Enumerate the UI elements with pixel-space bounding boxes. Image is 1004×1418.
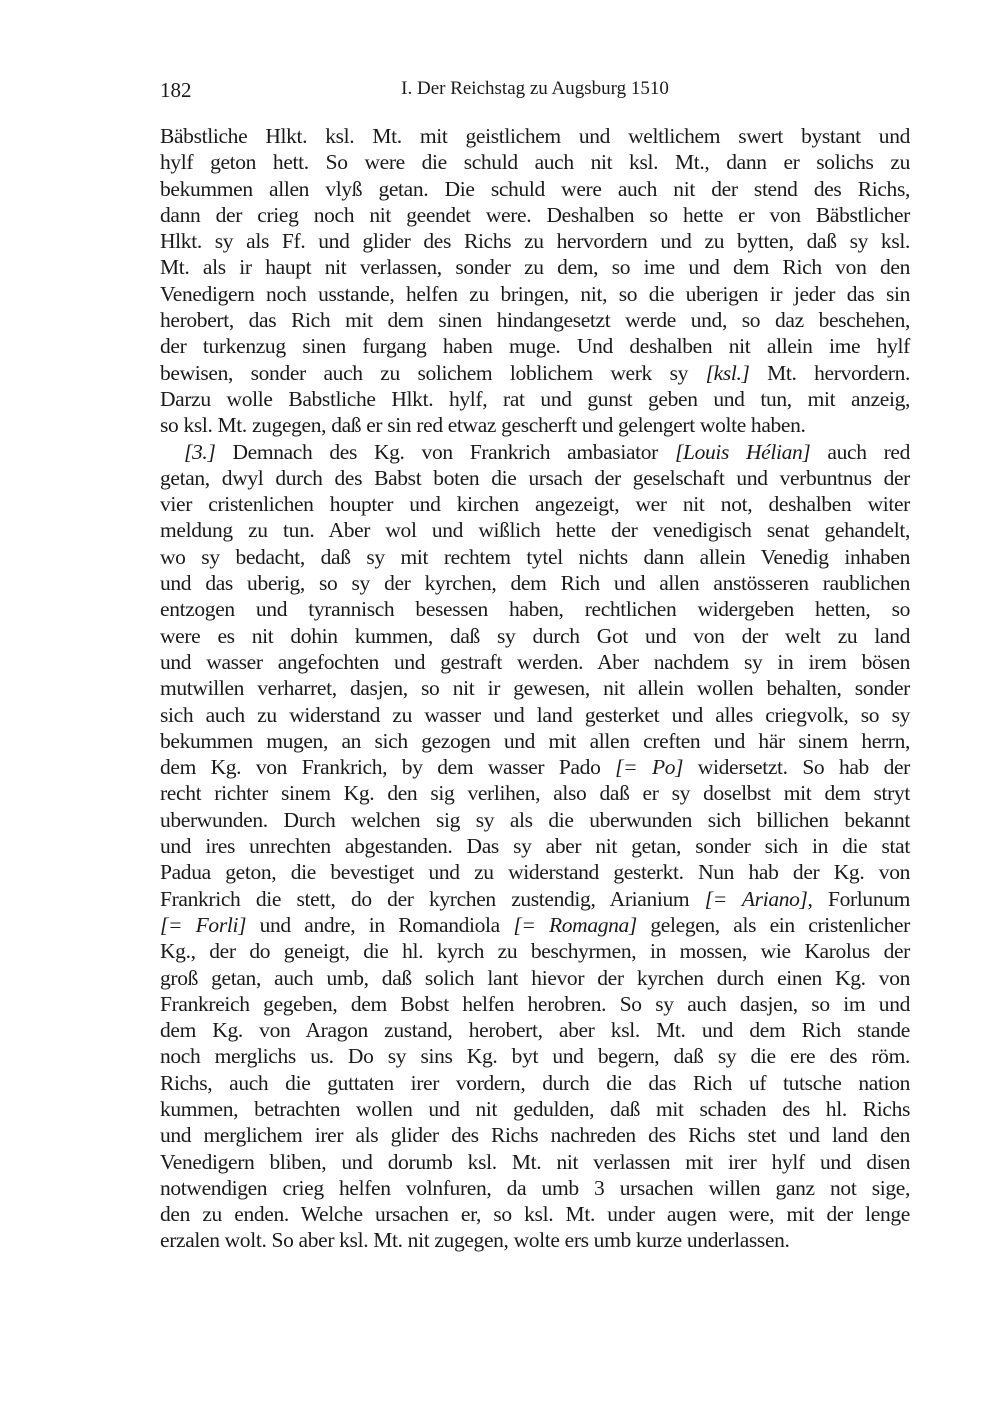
text-line: noch merglichs us. Do sy sins Kg. byt un… bbox=[160, 1043, 910, 1069]
text-segment: notwendigen crieg helfen volnfuren, da u… bbox=[160, 1176, 910, 1200]
text-line: dann der crieg noch nit geendet were. De… bbox=[160, 202, 910, 228]
text-line: den zu enden. Welche ursachen er, so ksl… bbox=[160, 1201, 910, 1227]
editorial-note: [= Romagna] bbox=[513, 913, 637, 937]
text-line: Richs, auch die guttaten irer vordern, d… bbox=[160, 1070, 910, 1096]
text-segment: den zu enden. Welche ursachen er, so ksl… bbox=[160, 1202, 910, 1226]
page-header: 182 I. Der Reichstag zu Augsburg 1510 bbox=[160, 78, 910, 114]
text-line: mutwillen verharret, dasjen, so nit ir g… bbox=[160, 675, 910, 701]
text-line: erzalen wolt. So aber ksl. Mt. nit zugeg… bbox=[160, 1227, 910, 1253]
text-segment: recht richter sinem Kg. den sig verlihen… bbox=[160, 781, 910, 805]
text-line: wo sy bedacht, daß sy mit rechtem tytel … bbox=[160, 544, 910, 570]
text-line: were es nit dohin kummen, daß sy durch G… bbox=[160, 623, 910, 649]
text-segment: so ksl. Mt. zugegen, daß er sin red etwa… bbox=[160, 413, 806, 437]
document-page: 182 I. Der Reichstag zu Augsburg 1510 Bä… bbox=[160, 78, 910, 1254]
text-line: der turkenzug sinen furgang haben muge. … bbox=[160, 333, 910, 359]
text-segment: und merglichem irer als glider des Richs… bbox=[160, 1123, 910, 1147]
editorial-note: [= Po] bbox=[615, 755, 683, 779]
editorial-note: [Louis Hélian] bbox=[675, 440, 810, 464]
text-segment: entzogen und tyrannisch besessen haben, … bbox=[160, 597, 910, 621]
editorial-note: [3.] bbox=[184, 440, 215, 464]
text-segment: Frankrich die stett, do der kyrchen zust… bbox=[160, 887, 705, 911]
text-segment: gelegen, als ein cristenlicher bbox=[637, 913, 910, 937]
text-segment: uberwunden. Durch welchen sig sy als die… bbox=[160, 808, 910, 832]
text-line: recht richter sinem Kg. den sig verlihen… bbox=[160, 780, 910, 806]
text-segment: hylf geton hett. So were die schuld auch… bbox=[160, 150, 910, 174]
text-line: getan, dwyl durch des Babst boten die ur… bbox=[160, 465, 910, 491]
text-line: Bäbstliche Hlkt. ksl. Mt. mit geistliche… bbox=[160, 123, 910, 149]
text-segment: sich auch zu widerstand zu wasser und la… bbox=[160, 703, 910, 727]
text-line: uberwunden. Durch welchen sig sy als die… bbox=[160, 807, 910, 833]
text-line: bekummen mugen, an sich gezogen und mit … bbox=[160, 728, 910, 754]
text-segment: herobert, das Rich mit dem sinen hindang… bbox=[160, 308, 910, 332]
editorial-note: [= Ariano] bbox=[705, 887, 808, 911]
text-segment: Venedigern bliben, und dorumb ksl. Mt. n… bbox=[160, 1150, 910, 1174]
text-segment: Frankreich gegeben, dem Bobst helfen her… bbox=[160, 992, 910, 1016]
text-segment: und ires unrechten abgestanden. Das sy a… bbox=[160, 834, 910, 858]
text-segment: dem Kg. von Aragon zustand, herobert, ab… bbox=[160, 1018, 910, 1042]
text-segment: Venedigern noch usstande, helfen zu brin… bbox=[160, 282, 910, 306]
body-text: Bäbstliche Hlkt. ksl. Mt. mit geistliche… bbox=[160, 123, 910, 1254]
text-segment: Darzu wolle Babstliche Hlkt. hylf, rat u… bbox=[160, 387, 910, 411]
editorial-note: [= Forli] bbox=[160, 913, 246, 937]
text-segment: wo sy bedacht, daß sy mit rechtem tytel … bbox=[160, 545, 910, 569]
text-segment: groß getan, auch umb, daß solich lant hi… bbox=[160, 966, 910, 990]
text-line: Frankrich die stett, do der kyrchen zust… bbox=[160, 886, 910, 912]
text-line: und das uberig, so sy der kyrchen, dem R… bbox=[160, 570, 910, 596]
text-segment: widersetzt. So hab der bbox=[683, 755, 910, 779]
text-segment: dann der crieg noch nit geendet were. De… bbox=[160, 203, 910, 227]
text-line: so ksl. Mt. zugegen, daß er sin red etwa… bbox=[160, 412, 910, 438]
text-line: dem Kg. von Frankrich, by dem wasser Pad… bbox=[160, 754, 910, 780]
text-line: vier cristenlichen houpter und kirchen a… bbox=[160, 491, 910, 517]
text-segment: getan, dwyl durch des Babst boten die ur… bbox=[160, 466, 910, 490]
text-line: [3.] Demnach des Kg. von Frankrich ambas… bbox=[160, 439, 910, 465]
text-segment: und wasser angefochten und gestraft werd… bbox=[160, 650, 910, 674]
text-line: herobert, das Rich mit dem sinen hindang… bbox=[160, 307, 910, 333]
text-line: groß getan, auch umb, daß solich lant hi… bbox=[160, 965, 910, 991]
text-segment: vier cristenlichen houpter und kirchen a… bbox=[160, 492, 910, 516]
text-line: [= Forli] und andre, in Romandiola [= Ro… bbox=[160, 912, 910, 938]
paragraph: Bäbstliche Hlkt. ksl. Mt. mit geistliche… bbox=[160, 123, 910, 439]
text-segment: kummen, betrachten wollen und nit geduld… bbox=[160, 1097, 910, 1121]
text-segment: bekummen mugen, an sich gezogen und mit … bbox=[160, 729, 910, 753]
text-segment: und andre, in Romandiola bbox=[246, 913, 513, 937]
text-segment: Kg., der do geneigt, die hl. kyrch zu be… bbox=[160, 939, 910, 963]
text-segment: noch merglichs us. Do sy sins Kg. byt un… bbox=[160, 1044, 910, 1068]
running-title: I. Der Reichstag zu Augsburg 1510 bbox=[160, 78, 910, 100]
text-segment: Mt. als ir haupt nit verlassen, sonder z… bbox=[160, 255, 910, 279]
text-line: hylf geton hett. So were die schuld auch… bbox=[160, 149, 910, 175]
text-line: Hlkt. sy als Ff. und glider des Richs zu… bbox=[160, 228, 910, 254]
text-line: meldung zu tun. Aber wol und wißlich het… bbox=[160, 517, 910, 543]
editorial-note: [ksl.] bbox=[706, 361, 750, 385]
text-segment: auch red bbox=[810, 440, 910, 464]
text-line: entzogen und tyrannisch besessen haben, … bbox=[160, 596, 910, 622]
text-line: notwendigen crieg helfen volnfuren, da u… bbox=[160, 1175, 910, 1201]
text-segment: Hlkt. sy als Ff. und glider des Richs zu… bbox=[160, 229, 910, 253]
text-segment: mutwillen verharret, dasjen, so nit ir g… bbox=[160, 676, 910, 700]
text-line: Venedigern bliben, und dorumb ksl. Mt. n… bbox=[160, 1149, 910, 1175]
text-segment: were es nit dohin kummen, daß sy durch G… bbox=[160, 624, 910, 648]
text-line: bekummen allen vlyß getan. Die schuld we… bbox=[160, 176, 910, 202]
text-line: und wasser angefochten und gestraft werd… bbox=[160, 649, 910, 675]
text-segment: dem Kg. von Frankrich, by dem wasser Pad… bbox=[160, 755, 615, 779]
text-segment: erzalen wolt. So aber ksl. Mt. nit zugeg… bbox=[160, 1228, 790, 1252]
text-segment: , Forlunum bbox=[808, 887, 910, 911]
paragraph: [3.] Demnach des Kg. von Frankrich ambas… bbox=[160, 439, 910, 1254]
text-segment: bewisen, sonder auch zu solichem loblich… bbox=[160, 361, 706, 385]
text-line: Darzu wolle Babstliche Hlkt. hylf, rat u… bbox=[160, 386, 910, 412]
text-segment: Padua geton, die bevestiget und zu wider… bbox=[160, 860, 910, 884]
text-line: und merglichem irer als glider des Richs… bbox=[160, 1122, 910, 1148]
text-line: Frankreich gegeben, dem Bobst helfen her… bbox=[160, 991, 910, 1017]
text-line: Padua geton, die bevestiget und zu wider… bbox=[160, 859, 910, 885]
text-line: sich auch zu widerstand zu wasser und la… bbox=[160, 702, 910, 728]
text-line: Venedigern noch usstande, helfen zu brin… bbox=[160, 281, 910, 307]
text-segment: Mt. hervordern. bbox=[750, 361, 911, 385]
text-line: dem Kg. von Aragon zustand, herobert, ab… bbox=[160, 1017, 910, 1043]
text-line: kummen, betrachten wollen und nit geduld… bbox=[160, 1096, 910, 1122]
text-segment: Demnach des Kg. von Frankrich ambasiator bbox=[215, 440, 674, 464]
text-line: bewisen, sonder auch zu solichem loblich… bbox=[160, 360, 910, 386]
text-segment: und das uberig, so sy der kyrchen, dem R… bbox=[160, 571, 910, 595]
text-line: Kg., der do geneigt, die hl. kyrch zu be… bbox=[160, 938, 910, 964]
text-segment: bekummen allen vlyß getan. Die schuld we… bbox=[160, 177, 910, 201]
text-segment: Bäbstliche Hlkt. ksl. Mt. mit geistliche… bbox=[160, 124, 910, 148]
text-segment: Richs, auch die guttaten irer vordern, d… bbox=[160, 1071, 910, 1095]
text-segment: meldung zu tun. Aber wol und wißlich het… bbox=[160, 518, 910, 542]
text-segment: der turkenzug sinen furgang haben muge. … bbox=[160, 334, 910, 358]
text-line: Mt. als ir haupt nit verlassen, sonder z… bbox=[160, 254, 910, 280]
text-line: und ires unrechten abgestanden. Das sy a… bbox=[160, 833, 910, 859]
